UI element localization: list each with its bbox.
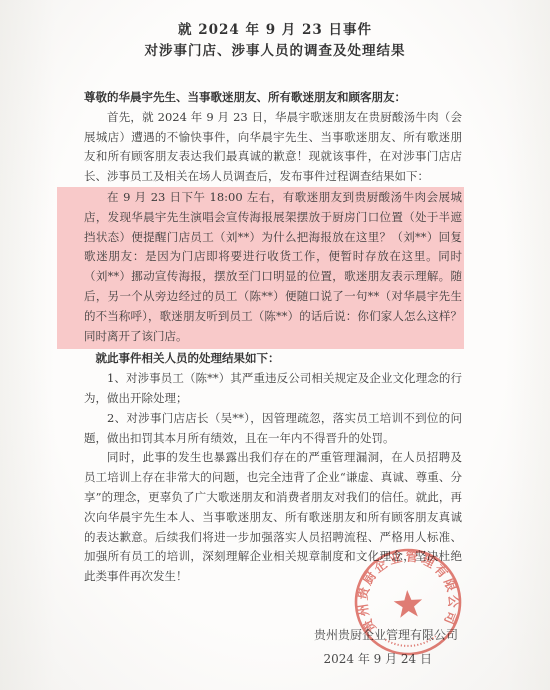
section-heading: 就此事件相关人员的处理结果如下： (84, 349, 462, 369)
stamp-star-icon (393, 589, 423, 618)
penalty-item-1: 1、对涉事员工（陈**）其严重违反公司相关规定及企业文化理念的行为，做出开除处理… (84, 369, 462, 409)
penalty-item-2: 2、对涉事门店店长（吴**），因管理疏忽，落实员工培训不到位的问题，做出扣罚其本… (84, 409, 462, 449)
document-body: 尊敬的华晨宇先生、当事歌迷朋友、所有歌迷朋友和顾客朋友： 首先，就 2024 年… (0, 62, 550, 671)
document-page: 就 2024 年 9 月 23 日事件 对涉事门店、涉事人员的调查及处理结果 尊… (0, 0, 550, 690)
intro-paragraph: 首先，就 2024 年 9 月 23 日，华晨宇歌迷朋友在贵厨酸汤牛肉（会展城店… (84, 108, 462, 187)
stamp-serial-marks (385, 636, 436, 647)
title-line-2: 对涉事门店、涉事人员的调查及处理结果 (0, 41, 550, 62)
company-seal-stamp-icon: 贵州贵厨企业管理有限公司 (344, 538, 472, 666)
greeting-line: 尊敬的华晨宇先生、当事歌迷朋友、所有歌迷朋友和顾客朋友： (84, 88, 462, 108)
highlighted-incident-paragraph: 在 9 月 23 日下午 18:00 左右，有歌迷朋友到贵厨酸汤牛肉会展城店，发… (57, 187, 464, 349)
document-title: 就 2024 年 9 月 23 日事件 对涉事门店、涉事人员的调查及处理结果 (0, 0, 550, 62)
title-line-1: 就 2024 年 9 月 23 日事件 (0, 20, 550, 41)
